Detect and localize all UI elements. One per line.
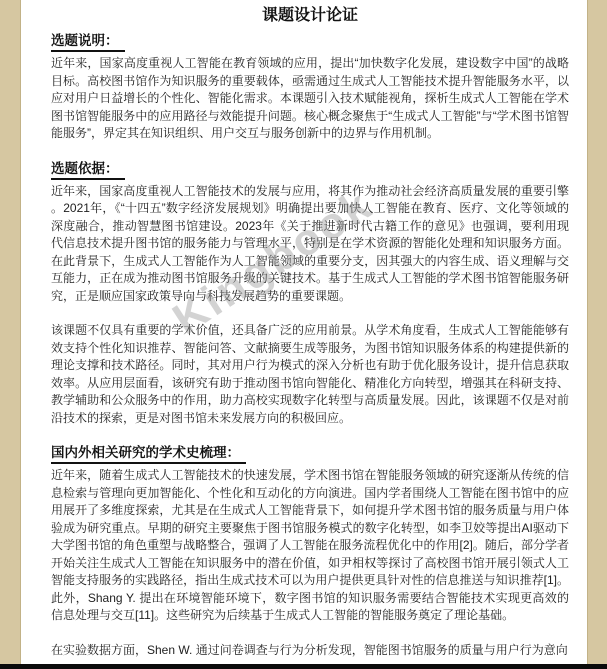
section-topic-basis: 选题依据： 近年来，国家高度重视人工智能技术的发展与应用，将其作为推动社会经济高…: [51, 160, 569, 428]
section-heading-text: 选题说明：: [51, 33, 125, 52]
section-heading-text: 国内外相关研究的学术史梳理：: [51, 445, 246, 464]
paragraph: 在实验数据方面，Shen W. 通过问卷调查与行为分析发现，智能图书馆服务的质量…: [51, 642, 569, 660]
section-literature-review: 国内外相关研究的学术史梳理： 近年来，随着生成式人工智能技术的快速发展，学术图书…: [51, 444, 569, 659]
left-margin-strip: [0, 0, 21, 664]
section-topic-explanation: 选题说明： 近年来，国家高度重视人工智能在教育领域的应用，提出“加快数字化发展，…: [51, 32, 569, 143]
section-heading: 国内外相关研究的学术史梳理：: [51, 444, 569, 464]
bottom-divider-bar: [0, 664, 607, 669]
paragraph: 该课题不仅具有重要的学术价值，还具备广泛的应用前景。从学术角度看，生成式人工智能…: [51, 322, 569, 427]
paragraph: 近年来，国家高度重视人工智能在教育领域的应用，提出“加快数字化发展，建设数字中国…: [51, 55, 569, 143]
page-title: 课题设计论证: [51, 6, 569, 26]
section-heading: 选题说明：: [51, 32, 569, 52]
section-heading: 选题依据：: [51, 160, 569, 180]
document-viewport: 课题设计论证 选题说明： 近年来，国家高度重视人工智能在教育领域的应用，提出“加…: [0, 0, 607, 669]
document-page: 课题设计论证 选题说明： 近年来，国家高度重视人工智能在教育领域的应用，提出“加…: [22, 0, 586, 664]
right-margin-strip: [587, 0, 607, 664]
paragraph: 近年来，国家高度重视人工智能技术的发展与应用，将其作为推动社会经济高质量发展的重…: [51, 183, 569, 306]
paragraph: 近年来，随着生成式人工智能技术的快速发展，学术图书馆在智能服务领域的研究逐渐从传…: [51, 467, 569, 625]
section-heading-text: 选题依据：: [51, 161, 125, 180]
